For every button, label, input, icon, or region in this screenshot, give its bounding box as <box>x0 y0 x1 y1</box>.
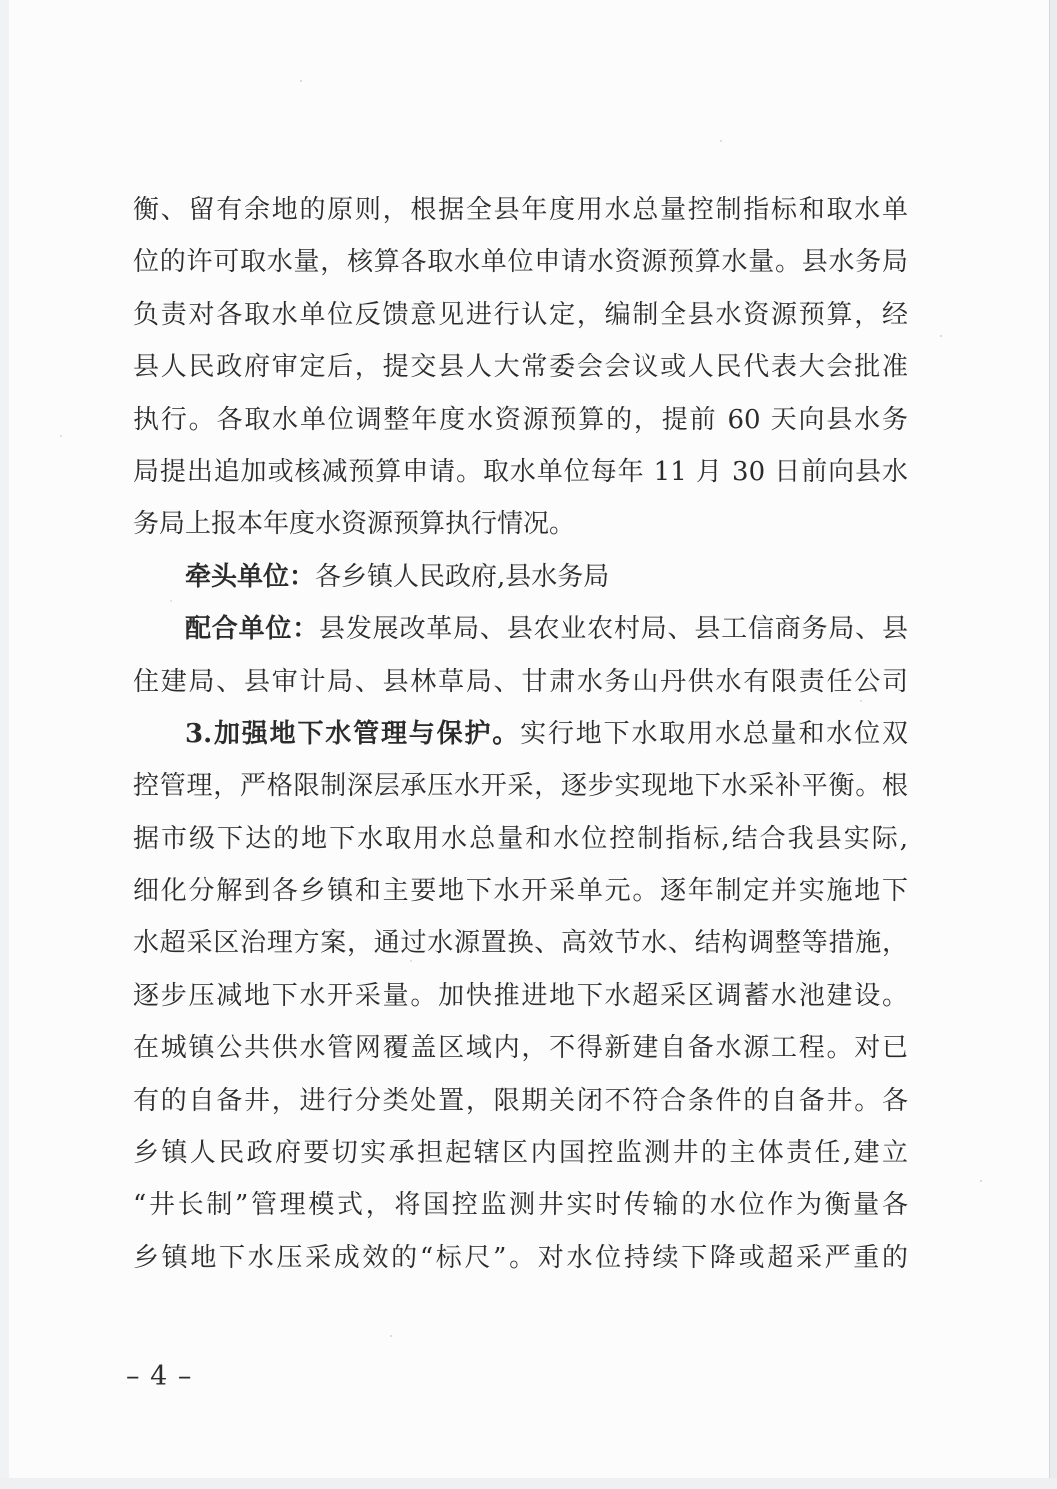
text-line: 负责对各取水单位反馈意见进行认定，编制全县水资源预算，经 <box>133 289 908 341</box>
text-run: 务局上报本年度水资源预算执行情况。 <box>133 509 575 539</box>
text-line: 执行。各取水单位调整年度水资源预算的，提前 60 天向县水务 <box>133 394 908 446</box>
text-run: 细化分解到各乡镇和主要地下水开采单元。逐年制定并实施地下 <box>133 876 908 906</box>
text-run: 水超采区治理方案，通过水源置换、高效节水、结构调整等措施， <box>133 928 908 958</box>
text-line: 据市级下达的地下水取用水总量和水位控制指标,结合我县实际, <box>133 813 908 865</box>
text-line: 控管理，严格限制深层承压水开采，逐步实现地下水采补平衡。根 <box>133 760 908 812</box>
text-line: 务局上报本年度水资源预算执行情况。 <box>133 498 908 550</box>
text-line: 县人民政府审定后，提交县人大常委会会议或人民代表大会批准 <box>133 341 908 393</box>
text-line: 衡、留有余地的原则，根据全县年度用水总量控制指标和取水单 <box>133 184 908 236</box>
text-run: 乡镇地下水压采成效的“标尺”。对水位持续下降或超采严重的 <box>133 1243 908 1273</box>
text-run: 有的自备井，进行分类处置，限期关闭不符合条件的自备井。各 <box>133 1086 908 1116</box>
text-run: 各乡镇人民政府,县水务局 <box>315 562 609 592</box>
text-run: “井长制”管理模式，将国控监测井实时传输的水位作为衡量各 <box>133 1190 908 1220</box>
text-line: “井长制”管理模式，将国控监测井实时传输的水位作为衡量各 <box>133 1179 908 1231</box>
text-run: 在城镇公共供水管网覆盖区域内，不得新建自备水源工程。对已 <box>133 1033 908 1063</box>
text-run: 据市级下达的地下水取用水总量和水位控制指标,结合我县实际, <box>133 824 908 854</box>
text-line: 3.加强地下水管理与保护。实行地下水取用水总量和水位双 <box>133 708 908 760</box>
text-run: 负责对各取水单位反馈意见进行认定，编制全县水资源预算，经 <box>133 300 908 330</box>
text-run: 实行地下水取用水总量和水位双 <box>520 719 908 749</box>
text-run: 县人民政府审定后，提交县人大常委会会议或人民代表大会批准 <box>133 352 908 382</box>
text-line: 住建局、县审计局、县林草局、甘肃水务山丹供水有限责任公司 <box>133 656 908 708</box>
text-line: 牵头单位：各乡镇人民政府,县水务局 <box>133 551 908 603</box>
text-line: 乡镇地下水压采成效的“标尺”。对水位持续下降或超采严重的 <box>133 1232 908 1284</box>
scan-edge-bottom <box>0 1478 1057 1489</box>
bold-text-run: 牵头单位： <box>185 562 315 592</box>
scanned-document-page: 衡、留有余地的原则，根据全县年度用水总量控制指标和取水单位的许可取水量，核算各取… <box>0 0 1057 1489</box>
text-run: 位的许可取水量，核算各取水单位申请水资源预算水量。县水务局 <box>133 247 908 277</box>
bold-text-run: 配合单位： <box>185 614 319 644</box>
text-run: 乡镇人民政府要切实承担起辖区内国控监测井的主体责任,建立 <box>133 1138 908 1168</box>
scan-noise-specks <box>300 80 302 82</box>
text-run: 控管理，严格限制深层承压水开采，逐步实现地下水采补平衡。根 <box>133 771 908 801</box>
text-run: 局提出追加或核减预算申请。取水单位每年 11 月 30 日前向县水 <box>133 457 908 487</box>
text-line: 逐步压减地下水开采量。加快推进地下水超采区调蓄水池建设。 <box>133 970 908 1022</box>
text-run: 住建局、县审计局、县林草局、甘肃水务山丹供水有限责任公司 <box>133 667 908 697</box>
bold-text-run: 3.加强地下水管理与保护。 <box>185 719 520 749</box>
text-line: 有的自备井，进行分类处置，限期关闭不符合条件的自备井。各 <box>133 1075 908 1127</box>
text-line: 水超采区治理方案，通过水源置换、高效节水、结构调整等措施， <box>133 917 908 969</box>
text-line: 乡镇人民政府要切实承担起辖区内国控监测井的主体责任,建立 <box>133 1127 908 1179</box>
document-body-text: 衡、留有余地的原则，根据全县年度用水总量控制指标和取水单位的许可取水量，核算各取… <box>133 184 908 1284</box>
text-run: 执行。各取水单位调整年度水资源预算的，提前 60 天向县水务 <box>133 405 908 435</box>
scan-edge-left <box>0 0 9 1489</box>
text-line: 配合单位：县发展改革局、县农业农村局、县工信商务局、县 <box>133 603 908 655</box>
text-run: 衡、留有余地的原则，根据全县年度用水总量控制指标和取水单 <box>133 195 908 225</box>
scan-edge-right <box>1049 0 1057 1489</box>
text-run: 逐步压减地下水开采量。加快推进地下水超采区调蓄水池建设。 <box>133 981 908 1011</box>
text-line: 在城镇公共供水管网覆盖区域内，不得新建自备水源工程。对已 <box>133 1022 908 1074</box>
text-line: 位的许可取水量，核算各取水单位申请水资源预算水量。县水务局 <box>133 236 908 288</box>
text-run: 县发展改革局、县农业农村局、县工信商务局、县 <box>319 614 908 644</box>
text-line: 局提出追加或核减预算申请。取水单位每年 11 月 30 日前向县水 <box>133 446 908 498</box>
page-number: – 4 – <box>126 1360 192 1394</box>
text-line: 细化分解到各乡镇和主要地下水开采单元。逐年制定并实施地下 <box>133 865 908 917</box>
